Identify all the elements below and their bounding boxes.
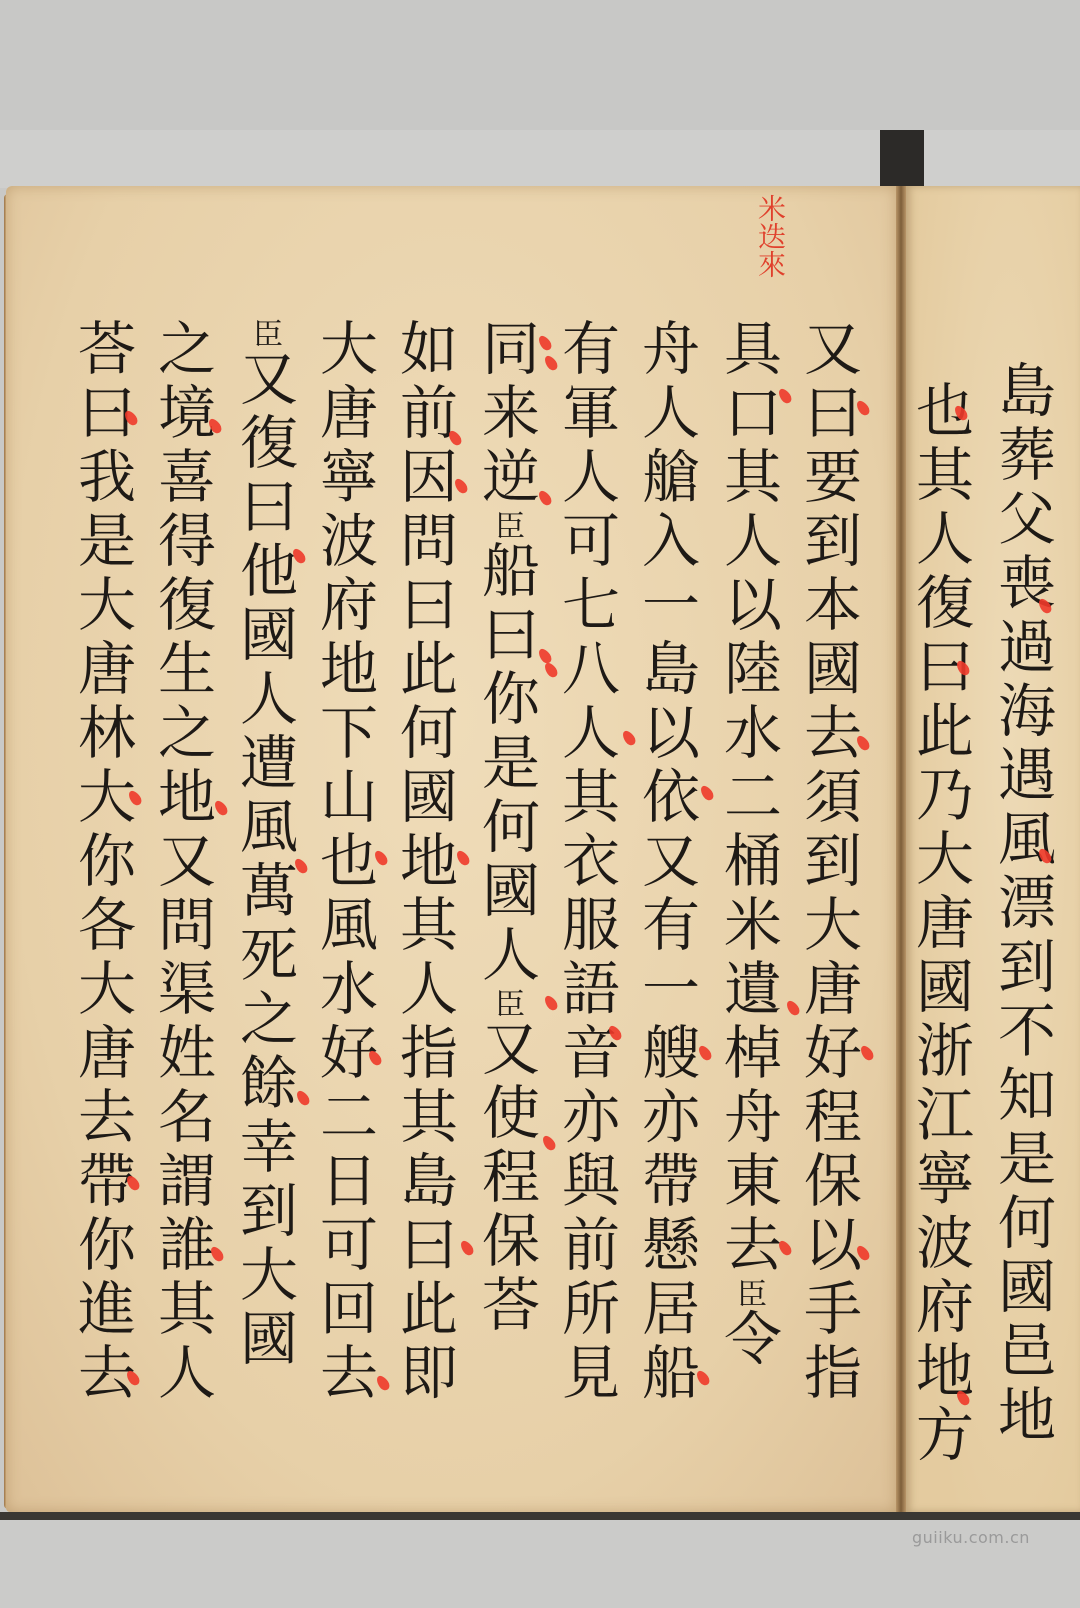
text-column-7: 大唐寧波府地下山也風水好二日可回去: [312, 318, 376, 1406]
text-column-5: 同来逆臣船曰你是何國人臣又使程保荅: [474, 318, 538, 1338]
scan-background-top: [0, 0, 1080, 130]
text-column-1: 又曰要到本國去須到大唐好程保以手指: [796, 318, 860, 1406]
margin-annotation: 米迭來: [755, 194, 785, 278]
column-text-tail: 令: [714, 1308, 782, 1372]
minister-marker: 臣: [489, 510, 524, 540]
text-column-8: 臣又復曰他國人遭風萬死之餘幸到大國: [232, 318, 296, 1372]
column-text: 又復曰他國人遭風萬死之餘幸到大國: [230, 348, 298, 1372]
text-column-3: 舟人艙入一島以依又有一艘亦帶懸居船: [634, 318, 698, 1406]
column-text: 具口其人以陸水二桶米遺棹舟東去: [714, 318, 782, 1278]
minister-marker: 臣: [247, 318, 282, 348]
book-gutter: [896, 186, 906, 1512]
site-watermark: guiiku.com.cn: [912, 1528, 1030, 1547]
text-column-4: 有軍人可七八人其衣服語音亦與前所見: [554, 318, 618, 1406]
minister-marker: 臣: [489, 988, 524, 1018]
column-text-2: 船曰你是何國人: [472, 540, 540, 988]
minister-marker: 臣: [731, 1278, 766, 1308]
column-text-3: 又使程保荅: [472, 1018, 540, 1338]
text-column-9: 之境喜得復生之地又問渠姓名謂誰其人: [150, 318, 214, 1406]
text-column-6: 如前因問曰此何國地其人指其島曰此即: [392, 318, 456, 1406]
right-text-column-2: 也其人復曰此乃大唐國浙江寧波府地方: [908, 380, 972, 1468]
right-text-column-1: 島葬父喪過海遇風漂到不知是何國邑地: [990, 360, 1054, 1448]
text-column-2: 具口其人以陸水二桶米遺棹舟東去臣令: [716, 318, 780, 1372]
text-column-10: 荅曰我是大唐林大你各大唐去帶你進去: [70, 318, 134, 1406]
column-text: 同来逆: [472, 318, 540, 510]
